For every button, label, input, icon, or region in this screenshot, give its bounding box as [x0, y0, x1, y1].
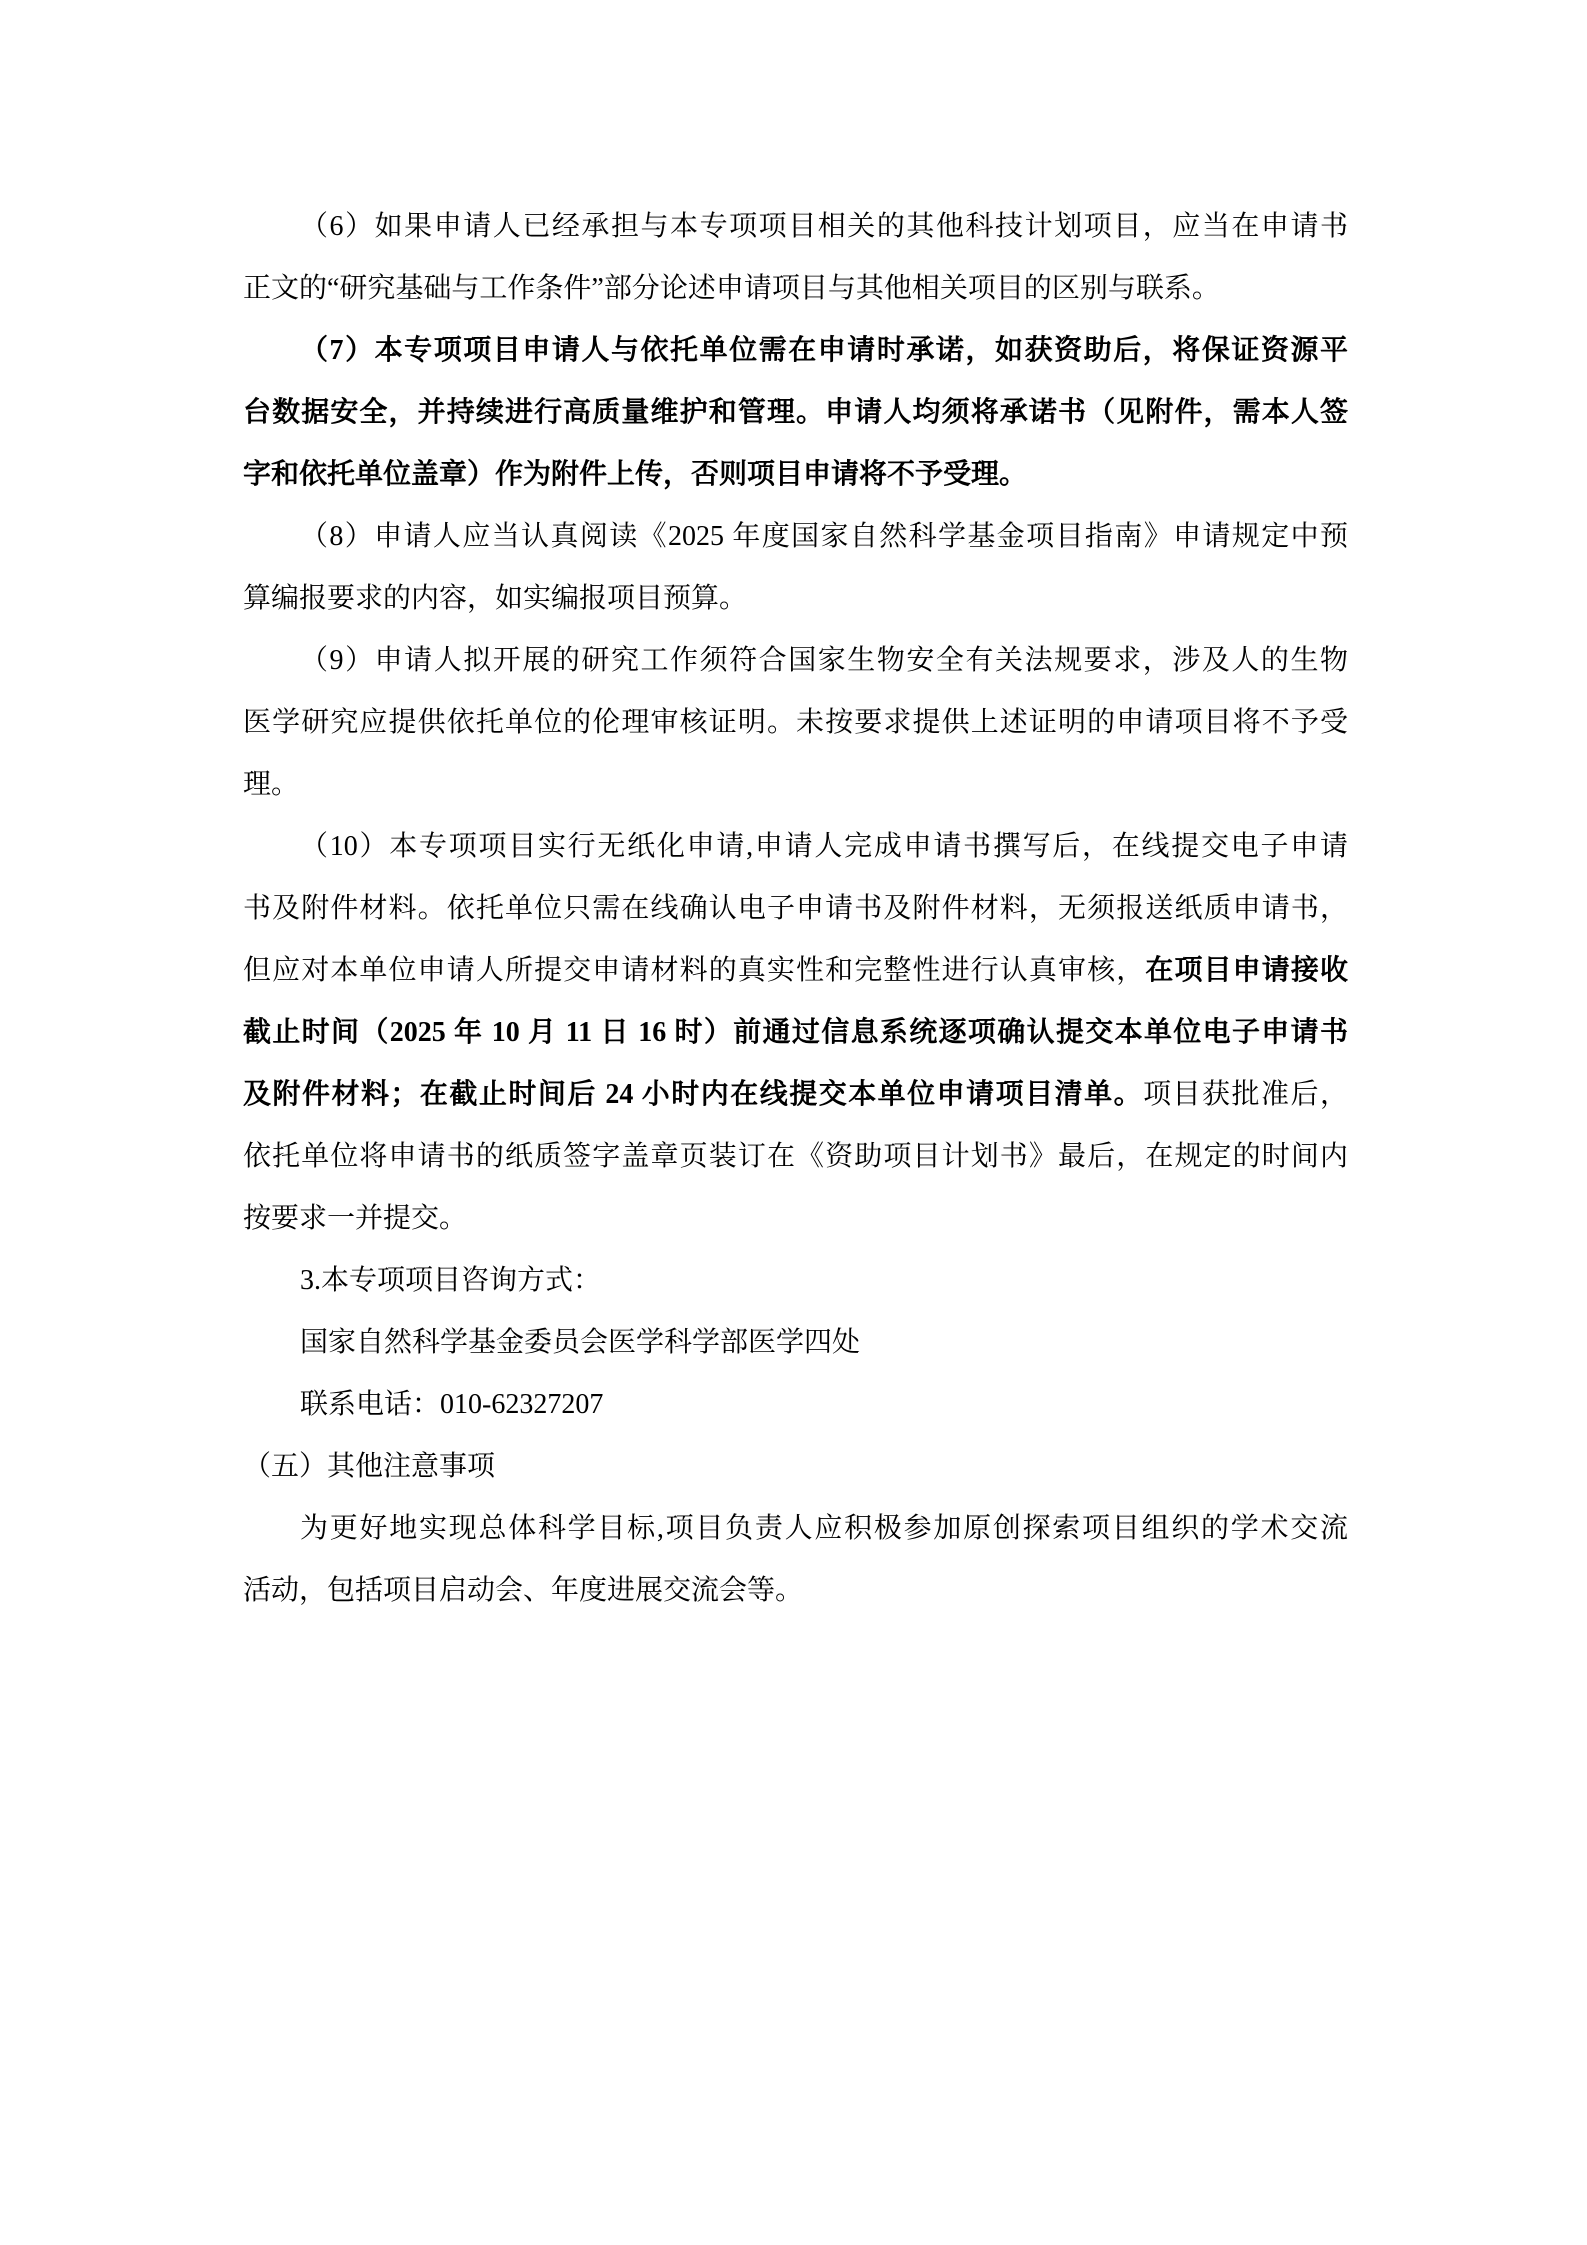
- item-6-line-2: 正文的“研究基础与工作条件”部分论述申请项目与其他相关项目的区别与联系。: [243, 258, 1348, 320]
- consult-heading: 3.本专项项目咨询方式：: [243, 1250, 1348, 1312]
- text-segment: （10）本专项项目实行无纸化申请,申请人完成申请书撰写后，在线提交电子申请: [300, 831, 1348, 862]
- item-10-line-1: （10）本专项项目实行无纸化申请,申请人完成申请书撰写后，在线提交电子申请: [243, 816, 1348, 878]
- text-segment: 3.本专项项目咨询方式：: [300, 1265, 601, 1296]
- item-10-line-7: 按要求一并提交。: [243, 1188, 1348, 1250]
- text-segment: 项目获批准后，: [1143, 1079, 1348, 1110]
- text-segment: （8）申请人应当认真阅读《2025 年度国家自然科学基金项目指南》申请规定中预: [300, 521, 1348, 552]
- item-7-line-3: 字和依托单位盖章）作为附件上传，否则项目申请将不予受理。: [243, 444, 1348, 506]
- section-5-heading: （五）其他注意事项: [243, 1436, 1348, 1498]
- text-segment: 正文的“研究基础与工作条件”部分论述申请项目与其他相关项目的区别与联系。: [243, 273, 1220, 304]
- consult-organization: 国家自然科学基金委员会医学科学部医学四处: [243, 1312, 1348, 1374]
- item-6-line-1: （6）如果申请人已经承担与本专项项目相关的其他科技计划项目，应当在申请书: [243, 196, 1348, 258]
- bold-text-segment: 字和依托单位盖章）作为附件上传，否则项目申请将不予受理。: [243, 459, 1027, 490]
- document-content: （6）如果申请人已经承担与本专项项目相关的其他科技计划项目，应当在申请书正文的“…: [243, 196, 1348, 1622]
- item-9-line-1: （9）申请人拟开展的研究工作须符合国家生物安全有关法规要求，涉及人的生物: [243, 630, 1348, 692]
- item-8-line-2: 算编报要求的内容，如实编报项目预算。: [243, 568, 1348, 630]
- text-segment: （9）申请人拟开展的研究工作须符合国家生物安全有关法规要求，涉及人的生物: [300, 645, 1348, 676]
- text-segment: 理。: [243, 769, 299, 800]
- item-10-line-3: 但应对本单位申请人所提交申请材料的真实性和完整性进行认真审核，在项目申请接收: [243, 940, 1348, 1002]
- text-segment: 书及附件材料。依托单位只需在线确认电子申请书及附件材料，无须报送纸质申请书，: [243, 893, 1348, 924]
- document-page: （6）如果申请人已经承担与本专项项目相关的其他科技计划项目，应当在申请书正文的“…: [0, 0, 1587, 2245]
- text-segment: 国家自然科学基金委员会医学科学部医学四处: [300, 1327, 860, 1358]
- text-segment: 依托单位将申请书的纸质签字盖章页装订在《资助项目计划书》最后，在规定的时间内: [243, 1141, 1348, 1172]
- bold-text-segment: 截止时间（2025 年 10 月 11 日 16 时）前通过信息系统逐项确认提交…: [243, 1017, 1348, 1048]
- text-segment: （6）如果申请人已经承担与本专项项目相关的其他科技计划项目，应当在申请书: [300, 211, 1348, 242]
- text-segment: 联系电话：010-62327207: [300, 1389, 603, 1420]
- text-segment: 为更好地实现总体科学目标,项目负责人应积极参加原创探索项目组织的学术交流: [300, 1513, 1348, 1544]
- item-10-line-5: 及附件材料；在截止时间后 24 小时内在线提交本单位申请项目清单。项目获批准后，: [243, 1064, 1348, 1126]
- item-8-line-1: （8）申请人应当认真阅读《2025 年度国家自然科学基金项目指南》申请规定中预: [243, 506, 1348, 568]
- item-10-line-2: 书及附件材料。依托单位只需在线确认电子申请书及附件材料，无须报送纸质申请书，: [243, 878, 1348, 940]
- text-segment: 活动，包括项目启动会、年度进展交流会等。: [243, 1575, 803, 1606]
- bold-text-segment: 台数据安全，并持续进行高质量维护和管理。申请人均须将承诺书（见附件，需本人签: [243, 397, 1348, 428]
- item-7-line-2: 台数据安全，并持续进行高质量维护和管理。申请人均须将承诺书（见附件，需本人签: [243, 382, 1348, 444]
- bold-text-segment: （7）本专项项目申请人与依托单位需在申请时承诺，如获资助后，将保证资源平: [300, 335, 1348, 366]
- consult-phone: 联系电话：010-62327207: [243, 1374, 1348, 1436]
- bold-text-segment: 及附件材料；在截止时间后 24 小时内在线提交本单位申请项目清单。: [243, 1079, 1143, 1110]
- item-9-line-2: 医学研究应提供依托单位的伦理审核证明。未按要求提供上述证明的申请项目将不予受: [243, 692, 1348, 754]
- item-9-line-3: 理。: [243, 754, 1348, 816]
- item-10-line-4: 截止时间（2025 年 10 月 11 日 16 时）前通过信息系统逐项确认提交…: [243, 1002, 1348, 1064]
- text-segment: 但应对本单位申请人所提交申请材料的真实性和完整性进行认真审核，: [243, 955, 1145, 986]
- text-segment: （五）其他注意事项: [243, 1451, 495, 1482]
- text-segment: 按要求一并提交。: [243, 1203, 467, 1234]
- text-segment: 算编报要求的内容，如实编报项目预算。: [243, 583, 747, 614]
- item-10-line-6: 依托单位将申请书的纸质签字盖章页装订在《资助项目计划书》最后，在规定的时间内: [243, 1126, 1348, 1188]
- bold-text-segment: 在项目申请接收: [1145, 955, 1348, 986]
- text-segment: 医学研究应提供依托单位的伦理审核证明。未按要求提供上述证明的申请项目将不予受: [243, 707, 1348, 738]
- section-5-line-2: 活动，包括项目启动会、年度进展交流会等。: [243, 1560, 1348, 1622]
- item-7-line-1: （7）本专项项目申请人与依托单位需在申请时承诺，如获资助后，将保证资源平: [243, 320, 1348, 382]
- section-5-line-1: 为更好地实现总体科学目标,项目负责人应积极参加原创探索项目组织的学术交流: [243, 1498, 1348, 1560]
